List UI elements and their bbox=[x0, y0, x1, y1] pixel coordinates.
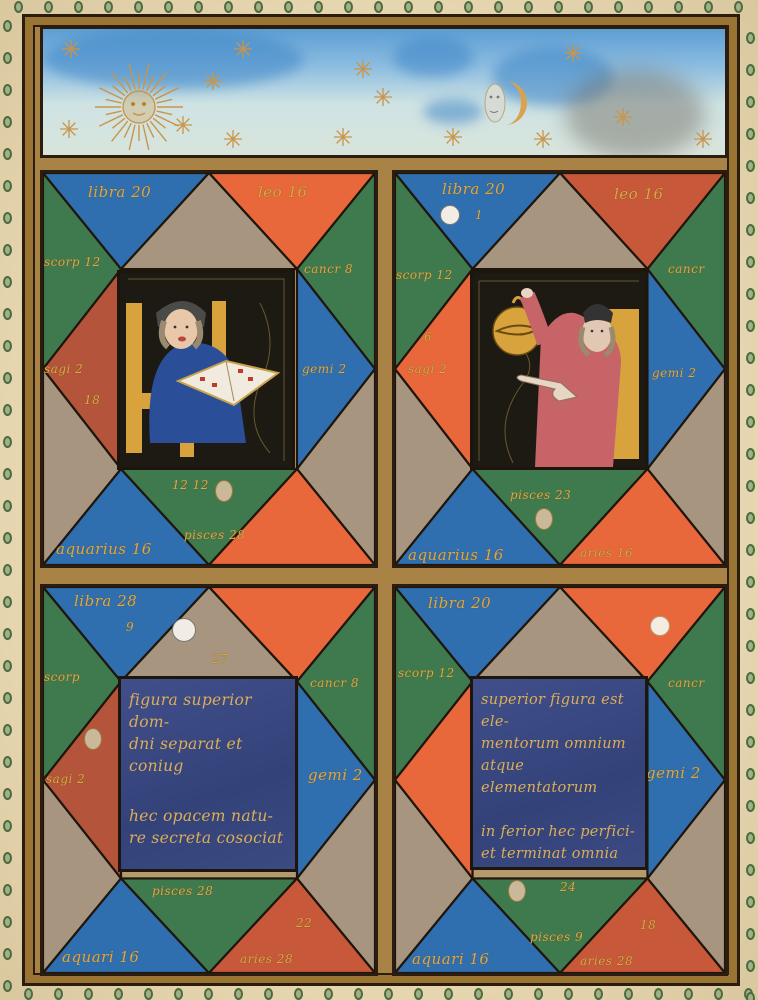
label-aries: aries 28 bbox=[580, 954, 633, 968]
label-cancer: cancr 8 bbox=[310, 676, 359, 690]
vine-leaf-icon bbox=[104, 1, 113, 13]
vine-leaf-icon bbox=[746, 832, 755, 844]
caption-line: re secreta cosociat bbox=[129, 829, 283, 847]
label-libra: libra 20 bbox=[442, 180, 505, 198]
vine-leaf-icon bbox=[746, 800, 755, 812]
label-aquarius: aquarius 16 bbox=[408, 546, 504, 564]
vine-leaf-icon bbox=[3, 692, 12, 704]
vine-leaf-icon bbox=[746, 672, 755, 684]
vine-leaf-icon bbox=[54, 988, 63, 1000]
label-gemini: gemi 2 bbox=[652, 366, 696, 380]
vine-leaf-icon bbox=[746, 928, 755, 940]
caption-line: mentorum omnium bbox=[481, 736, 626, 752]
caption-line: hec opacem natu- bbox=[129, 807, 273, 825]
vine-leaf-icon bbox=[14, 1, 23, 13]
caption-line: in ferior hec perfici- bbox=[481, 824, 635, 840]
vine-leaf-icon bbox=[3, 596, 12, 608]
vine-leaf-icon bbox=[534, 988, 543, 1000]
vine-leaf-icon bbox=[3, 116, 12, 128]
vine-leaf-icon bbox=[444, 988, 453, 1000]
caption-line: dni separat et coniug bbox=[129, 735, 243, 775]
vine-leaf-icon bbox=[264, 988, 273, 1000]
scholar-reading-icon bbox=[120, 273, 292, 467]
vine-leaf-icon bbox=[3, 884, 12, 896]
vine-leaf-icon bbox=[746, 960, 755, 972]
vine-leaf-icon bbox=[464, 1, 473, 13]
vine-leaf-icon bbox=[504, 988, 513, 1000]
scholar-reading-miniature bbox=[117, 270, 295, 470]
label-aries: aries 28 bbox=[240, 952, 293, 966]
vine-leaf-icon bbox=[3, 820, 12, 832]
caption-box-right: superior figura est ele-mentorum omniuma… bbox=[470, 676, 648, 870]
vine-leaf-icon bbox=[734, 1, 743, 13]
vine-leaf-icon bbox=[374, 1, 383, 13]
vine-leaf-icon bbox=[746, 96, 755, 108]
vine-leaf-icon bbox=[404, 1, 413, 13]
vine-leaf-icon bbox=[746, 224, 755, 236]
vine-leaf-icon bbox=[3, 916, 12, 928]
moon-icon bbox=[485, 81, 527, 125]
vine-leaf-icon bbox=[3, 948, 12, 960]
vine-leaf-icon bbox=[3, 276, 12, 288]
vine-leaf-icon bbox=[714, 988, 723, 1000]
earth-globe-icon bbox=[440, 205, 460, 225]
label-libra: libra 20 bbox=[428, 594, 491, 612]
full-moon-icon bbox=[650, 616, 670, 636]
caption-line: et terminat omnia bbox=[481, 846, 618, 862]
vine-leaf-icon bbox=[194, 1, 203, 13]
vine-leaf-icon bbox=[3, 500, 12, 512]
vine-leaf-icon bbox=[746, 384, 755, 396]
vine-leaf-icon bbox=[746, 288, 755, 300]
vine-leaf-icon bbox=[3, 660, 12, 672]
label-scorpio: scorp 12 bbox=[396, 268, 453, 282]
label-degree: 18 bbox=[640, 918, 656, 932]
vine-leaf-icon bbox=[354, 988, 363, 1000]
label-pisces: pisces 9 bbox=[530, 930, 583, 944]
vine-leaf-icon bbox=[654, 988, 663, 1000]
label-pisces: pisces 28 bbox=[152, 884, 213, 898]
label-cancer: cancr 8 bbox=[304, 262, 353, 276]
vine-leaf-icon bbox=[294, 988, 303, 1000]
label-moon-degree: 1 bbox=[475, 208, 483, 222]
face-icon bbox=[535, 508, 553, 530]
vine-leaf-icon bbox=[114, 988, 123, 1000]
vine-leaf-icon bbox=[674, 1, 683, 13]
vine-leaf-icon bbox=[3, 52, 12, 64]
vine-leaf-icon bbox=[746, 704, 755, 716]
vine-leaf-icon bbox=[614, 1, 623, 13]
label-pisces-degrees: 12 12 bbox=[172, 478, 209, 492]
label-leo: leo 16 bbox=[614, 185, 664, 203]
label-degree: 22 bbox=[296, 916, 312, 930]
vine-leaf-icon bbox=[384, 988, 393, 1000]
vine-leaf-icon bbox=[746, 352, 755, 364]
vine-leaf-icon bbox=[554, 1, 563, 13]
vine-leaf-icon bbox=[204, 988, 213, 1000]
astronomer-astrolabe-icon bbox=[473, 273, 645, 467]
vine-leaf-icon bbox=[746, 576, 755, 588]
label-libra: libra 20 bbox=[88, 183, 151, 201]
vine-leaf-icon bbox=[24, 988, 33, 1000]
vine-leaf-icon bbox=[3, 724, 12, 736]
sun-icon bbox=[95, 64, 183, 150]
vine-leaf-icon bbox=[3, 756, 12, 768]
vine-leaf-icon bbox=[746, 512, 755, 524]
vine-leaf-icon bbox=[746, 864, 755, 876]
vine-leaf-icon bbox=[3, 340, 12, 352]
sky-panel bbox=[40, 26, 728, 158]
label-pisces: pisces 23 bbox=[510, 488, 571, 502]
vine-leaf-icon bbox=[74, 1, 83, 13]
label-degree: 18 bbox=[84, 393, 100, 407]
vine-leaf-icon bbox=[474, 988, 483, 1000]
vine-leaf-icon bbox=[3, 788, 12, 800]
label-aries: aries 16 bbox=[580, 546, 633, 560]
vine-leaf-icon bbox=[3, 84, 12, 96]
vine-leaf-icon bbox=[3, 628, 12, 640]
vine-leaf-icon bbox=[746, 320, 755, 332]
vine-leaf-icon bbox=[414, 988, 423, 1000]
astronomer-astrolabe-miniature bbox=[470, 270, 648, 470]
vine-leaf-icon bbox=[746, 992, 755, 1000]
star-icons bbox=[60, 40, 712, 148]
vine-leaf-icon bbox=[746, 32, 755, 44]
vine-leaf-icon bbox=[684, 988, 693, 1000]
label-gemini: gemi 2 bbox=[302, 362, 346, 376]
vine-leaf-icon bbox=[284, 1, 293, 13]
vine-leaf-icon bbox=[746, 896, 755, 908]
face-icon bbox=[508, 880, 526, 902]
vine-leaf-icon bbox=[594, 988, 603, 1000]
label-cancer: cancr bbox=[668, 262, 705, 276]
label-aquarius: aquarius 16 bbox=[56, 540, 152, 558]
vine-leaf-icon bbox=[164, 1, 173, 13]
label-scorpio: scorp bbox=[44, 670, 80, 684]
face-icon bbox=[84, 728, 102, 750]
vine-leaf-icon bbox=[3, 564, 12, 576]
vine-leaf-icon bbox=[746, 480, 755, 492]
vine-leaf-icon bbox=[644, 1, 653, 13]
vine-leaf-icon bbox=[134, 1, 143, 13]
vine-leaf-icon bbox=[3, 180, 12, 192]
label-aquarius: aquari 16 bbox=[62, 948, 139, 966]
vine-leaf-icon bbox=[624, 988, 633, 1000]
vine-leaf-icon bbox=[3, 212, 12, 224]
label-sagittarius: sagi 2 bbox=[44, 362, 83, 376]
sky-ornaments bbox=[43, 29, 728, 158]
vine-leaf-icon bbox=[434, 1, 443, 13]
vine-leaf-icon bbox=[3, 532, 12, 544]
label-pisces: pisces 28 bbox=[184, 528, 245, 542]
vine-leaf-icon bbox=[3, 404, 12, 416]
vine-leaf-icon bbox=[44, 1, 53, 13]
vine-leaf-icon bbox=[3, 468, 12, 480]
vine-leaf-icon bbox=[746, 736, 755, 748]
earth-globe-icon bbox=[172, 618, 196, 642]
vine-leaf-icon bbox=[3, 852, 12, 864]
vine-leaf-icon bbox=[746, 768, 755, 780]
label-scorpio: scorp 12 bbox=[398, 666, 455, 680]
label-scorpio: scorp 12 bbox=[44, 255, 101, 269]
vine-leaf-icon bbox=[746, 192, 755, 204]
vine-leaf-icon bbox=[584, 1, 593, 13]
vine-leaf-icon bbox=[746, 544, 755, 556]
vine-leaf-icon bbox=[746, 256, 755, 268]
caption-line: figura superior dom- bbox=[129, 691, 252, 731]
vine-leaf-icon bbox=[746, 64, 755, 76]
vine-leaf-icon bbox=[254, 1, 263, 13]
label-cancer: cancr bbox=[668, 676, 705, 690]
vine-leaf-icon bbox=[344, 1, 353, 13]
vine-leaf-icon bbox=[314, 1, 323, 13]
vine-leaf-icon bbox=[524, 1, 533, 13]
face-icon bbox=[215, 480, 233, 502]
label-leo: leo 16 bbox=[258, 183, 308, 201]
label-aquarius: aquari 16 bbox=[412, 950, 489, 968]
caption-line: atque elementatorum bbox=[481, 758, 597, 796]
label-degree: 9 bbox=[126, 620, 134, 634]
vine-leaf-icon bbox=[746, 416, 755, 428]
vine-leaf-icon bbox=[324, 988, 333, 1000]
label-gemini: gemi 2 bbox=[308, 766, 363, 784]
label-gemini: gemi 2 bbox=[646, 764, 701, 782]
label-sagittarius: sagi 2 bbox=[46, 772, 85, 786]
label-libra: libra 28 bbox=[74, 592, 137, 610]
vine-leaf-icon bbox=[174, 988, 183, 1000]
vine-leaf-icon bbox=[224, 1, 233, 13]
vine-leaf-icon bbox=[144, 988, 153, 1000]
vine-leaf-icon bbox=[3, 308, 12, 320]
vine-leaf-icon bbox=[234, 988, 243, 1000]
label-degree: 24 bbox=[560, 880, 576, 894]
vine-leaf-icon bbox=[3, 436, 12, 448]
vine-leaf-icon bbox=[3, 20, 12, 32]
label-sagittarius: sagi 2 bbox=[408, 362, 447, 376]
label-degree: 6 bbox=[424, 330, 432, 344]
vine-leaf-icon bbox=[494, 1, 503, 13]
vine-leaf-icon bbox=[3, 980, 12, 992]
vine-leaf-icon bbox=[704, 1, 713, 13]
caption-line: superior figura est ele- bbox=[481, 692, 624, 730]
vine-leaf-icon bbox=[746, 160, 755, 172]
label-degree: 27 bbox=[212, 652, 228, 666]
caption-box-left: figura superior dom-dni separat et coniu… bbox=[118, 676, 298, 872]
vine-leaf-icon bbox=[746, 640, 755, 652]
vine-leaf-icon bbox=[3, 148, 12, 160]
vine-leaf-icon bbox=[746, 608, 755, 620]
vine-leaf-icon bbox=[84, 988, 93, 1000]
vine-leaf-icon bbox=[3, 244, 12, 256]
vine-leaf-icon bbox=[746, 448, 755, 460]
vine-leaf-icon bbox=[564, 988, 573, 1000]
vine-leaf-icon bbox=[746, 128, 755, 140]
vine-leaf-icon bbox=[3, 372, 12, 384]
